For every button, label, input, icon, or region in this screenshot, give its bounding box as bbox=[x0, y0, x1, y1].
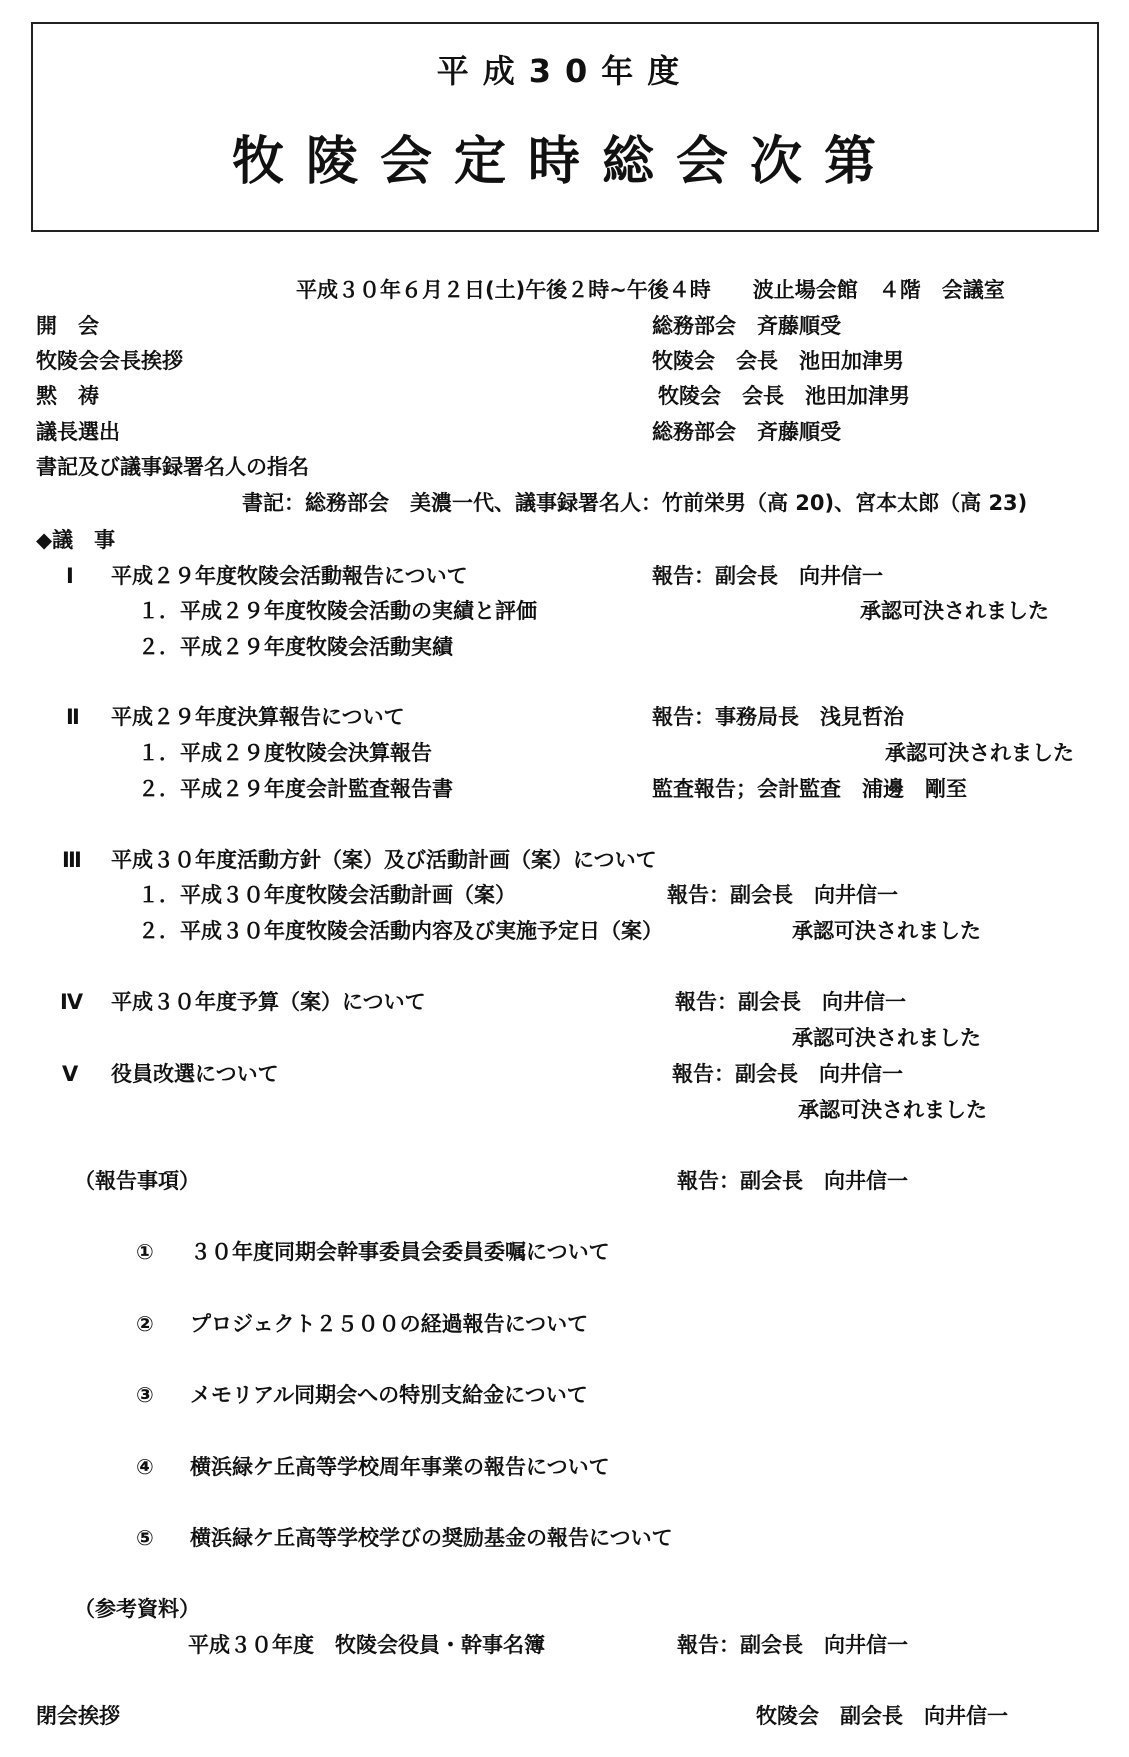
agenda-title: 平成２９年度牧陵会活動報告について bbox=[111, 563, 468, 589]
agenda-title: 平成３０年度予算（案）について bbox=[111, 989, 426, 1015]
agenda-reporter: 報告：副会長 向井信一 bbox=[672, 1061, 903, 1087]
report-matters-reporter: 報告：副会長 向井信一 bbox=[677, 1168, 908, 1194]
opening-item-label: 書記及び議事録署名人の指名 bbox=[36, 454, 309, 480]
approval-status: 承認可決されました bbox=[885, 740, 1074, 766]
agenda-reporter: 報告：事務局長 浅見哲治 bbox=[652, 704, 904, 730]
reference-reporter: 報告：副会長 向井信一 bbox=[677, 1632, 908, 1658]
opening-item-presenter: 総務部会 斉藤順受 bbox=[652, 419, 841, 445]
agenda-numeral: Ⅳ bbox=[60, 989, 83, 1015]
report-item: メモリアル同期会への特別支給金について bbox=[190, 1382, 588, 1408]
agenda-reporter: 報告：副会長 向井信一 bbox=[667, 882, 898, 908]
opening-item-presenter: 牧陵会 会長 池田加津男 bbox=[652, 348, 904, 374]
agenda-subitem: １．平成３０年度牧陵会活動計画（案） bbox=[138, 882, 516, 908]
report-item-marker: ③ bbox=[136, 1382, 154, 1408]
agenda-title: 平成３０年度活動方針（案）及び活動計画（案）について bbox=[111, 847, 657, 873]
agenda-numeral: Ⅱ bbox=[66, 704, 80, 730]
agenda-title: 役員改選について bbox=[111, 1061, 279, 1087]
reference-item: 平成３０年度 牧陵会役員・幹事名簿 bbox=[188, 1632, 545, 1658]
reference-heading: （参考資料） bbox=[74, 1596, 200, 1622]
agenda-subitem: ２．平成３０年度牧陵会活動内容及び実施予定日（案） bbox=[138, 918, 663, 944]
agenda-title: 平成２９年度決算報告について bbox=[111, 704, 405, 730]
fiscal-year-heading: 平成30年度 bbox=[33, 46, 1097, 92]
document-title: 牧陵会定時総会次第 bbox=[33, 119, 1097, 194]
agenda-subitem: １．平成２９度牧陵会決算報告 bbox=[138, 740, 432, 766]
agenda-reporter: 報告：副会長 向井信一 bbox=[675, 989, 906, 1015]
approval-status: 承認可決されました bbox=[792, 1025, 981, 1051]
agenda-numeral: Ⅰ bbox=[66, 563, 74, 589]
report-item: プロジェクト２５００の経過報告について bbox=[190, 1311, 588, 1337]
agenda-subitem: ２．平成２９年度会計監査報告書 bbox=[138, 776, 453, 802]
report-item: ３０年度同期会幹事委員会委員委嘱について bbox=[190, 1239, 610, 1265]
agenda-subitem: １．平成２９年度牧陵会活動の実績と評価 bbox=[138, 598, 537, 624]
report-item-marker: ⑤ bbox=[136, 1525, 154, 1551]
report-item: 横浜緑ケ丘高等学校周年事業の報告について bbox=[190, 1454, 610, 1480]
agenda-reporter: 報告：副会長 向井信一 bbox=[652, 563, 883, 589]
approval-status: 承認可決されました bbox=[860, 598, 1049, 624]
report-item: 横浜緑ケ丘高等学校学びの奨励基金の報告について bbox=[190, 1525, 673, 1551]
agenda-heading: ◆議 事 bbox=[36, 527, 115, 553]
title-box: 平成30年度 牧陵会定時総会次第 bbox=[31, 22, 1099, 232]
approval-status: 承認可決されました bbox=[798, 1097, 987, 1123]
closing-presenter: 牧陵会 副会長 向井信一 bbox=[756, 1703, 1008, 1729]
agenda-subitem: ２．平成２９年度牧陵会活動実績 bbox=[138, 634, 453, 660]
opening-item-presenter: 牧陵会 会長 池田加津男 bbox=[658, 383, 910, 409]
agenda-numeral: Ⅲ bbox=[62, 847, 82, 873]
meeting-info: 平成３０年６月２日(土)午後２時~午後４時 波止場会館 ４階 会議室 bbox=[296, 277, 1005, 303]
report-item-marker: ① bbox=[136, 1239, 154, 1265]
approval-status: 承認可決されました bbox=[792, 918, 981, 944]
report-item-marker: ② bbox=[136, 1311, 154, 1337]
opening-item-presenter: 総務部会 斉藤順受 bbox=[652, 313, 841, 339]
audit-reporter: 監査報告；会計監査 浦邊 剛至 bbox=[652, 776, 967, 802]
opening-item-label: 開 会 bbox=[36, 313, 99, 339]
closing-label: 閉会挨拶 bbox=[36, 1703, 120, 1729]
report-matters-heading: （報告事項） bbox=[74, 1168, 200, 1194]
agenda-numeral: Ⅴ bbox=[62, 1061, 78, 1087]
report-item-marker: ④ bbox=[136, 1454, 154, 1480]
opening-item-label: 議長選出 bbox=[36, 419, 120, 445]
opening-item-label: 牧陵会会長挨拶 bbox=[36, 348, 183, 374]
opening-item-label: 黙 祷 bbox=[36, 383, 99, 409]
secretary-line: 書記：総務部会 美濃一代、議事録署名人：竹前栄男（高 20)、宮本太郎（高 23… bbox=[242, 490, 1027, 516]
